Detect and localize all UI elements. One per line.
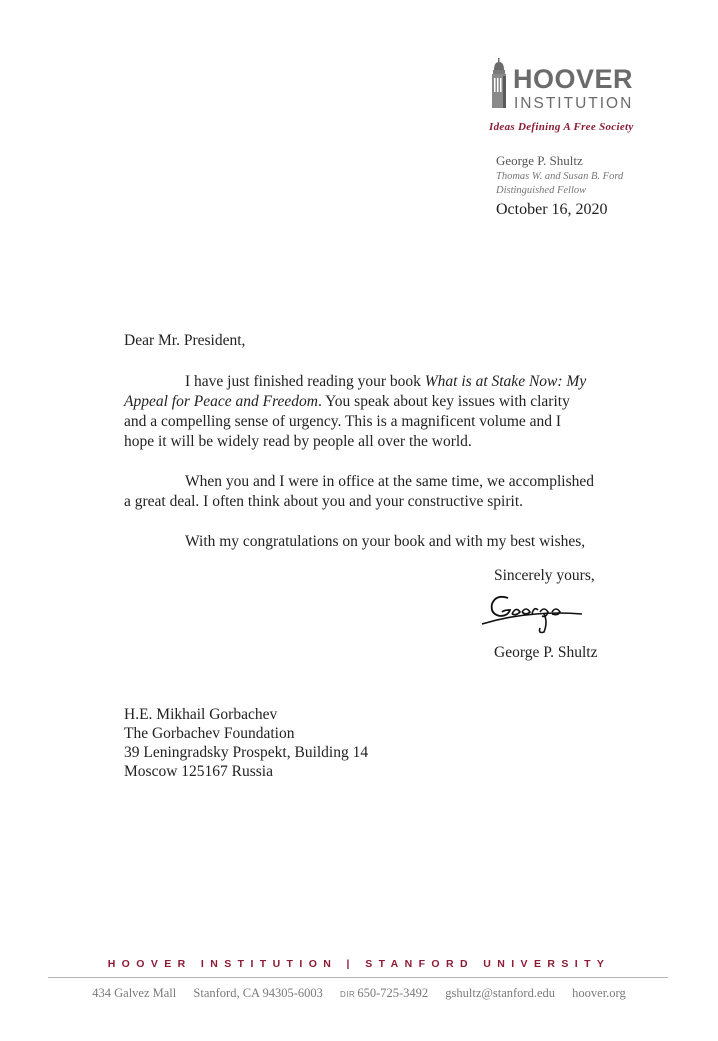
handwritten-signature xyxy=(478,592,588,637)
tagline: Ideas Defining A Free Society xyxy=(489,121,634,133)
signed-name: George P. Shultz xyxy=(494,643,597,663)
paragraph1-line1: I have just finished reading your book W… xyxy=(185,372,586,392)
footer-city: Stanford, CA 94305-6003 xyxy=(193,986,323,1000)
book-title-part2: Appeal for Peace and Freedom xyxy=(124,393,318,410)
recipient-line3: 39 Leningradsky Prospekt, Building 14 xyxy=(124,743,368,762)
footer-phone: 650-725-3492 xyxy=(357,986,428,1000)
book-title-part1: What is at Stake Now: My xyxy=(425,373,586,390)
paragraph2-line2: a great deal. I often think about you an… xyxy=(124,492,523,512)
hoover-tower-icon xyxy=(489,58,509,108)
recipient-address: H.E. Mikhail Gorbachev The Gorbachev Fou… xyxy=(124,705,368,781)
sender-title-line1: Thomas W. and Susan B. Ford xyxy=(496,171,623,182)
sender-title-line2: Distinguished Fellow xyxy=(496,185,586,196)
closing: Sincerely yours, xyxy=(494,566,595,586)
footer-contact: 434 Galvez Mall Stanford, CA 94305-6003 … xyxy=(0,986,718,1001)
org-name-line1: HOOVER xyxy=(513,66,633,93)
letter-date: October 16, 2020 xyxy=(496,201,608,219)
paragraph1-line2: Appeal for Peace and Freedom. You speak … xyxy=(124,392,570,412)
paragraph1-text: . You speak about key issues with clarit… xyxy=(318,393,570,410)
org-name-line2: INSTITUTION xyxy=(514,96,633,112)
paragraph1-text: I have just finished reading your book xyxy=(185,373,425,390)
recipient-line2: The Gorbachev Foundation xyxy=(124,724,368,743)
footer-divider xyxy=(48,977,668,978)
paragraph3: With my congratulations on your book and… xyxy=(185,532,585,552)
footer-email: gshultz@stanford.edu xyxy=(445,986,555,1000)
paragraph1-line4: hope it will be widely read by people al… xyxy=(124,432,472,452)
footer-brand: HOOVER INSTITUTION | STANFORD UNIVERSITY xyxy=(0,958,718,970)
recipient-line1: H.E. Mikhail Gorbachev xyxy=(124,705,368,724)
footer-dir-label: DIR xyxy=(340,990,355,999)
footer-street-address: 434 Galvez Mall xyxy=(92,986,176,1000)
salutation: Dear Mr. President, xyxy=(124,331,245,351)
paragraph1-line3: and a compelling sense of urgency. This … xyxy=(124,412,561,432)
paragraph2-line1: When you and I were in office at the sam… xyxy=(185,472,594,492)
recipient-line4: Moscow 125167 Russia xyxy=(124,762,368,781)
sender-name: George P. Shultz xyxy=(496,153,583,169)
footer-website: hoover.org xyxy=(572,986,626,1000)
